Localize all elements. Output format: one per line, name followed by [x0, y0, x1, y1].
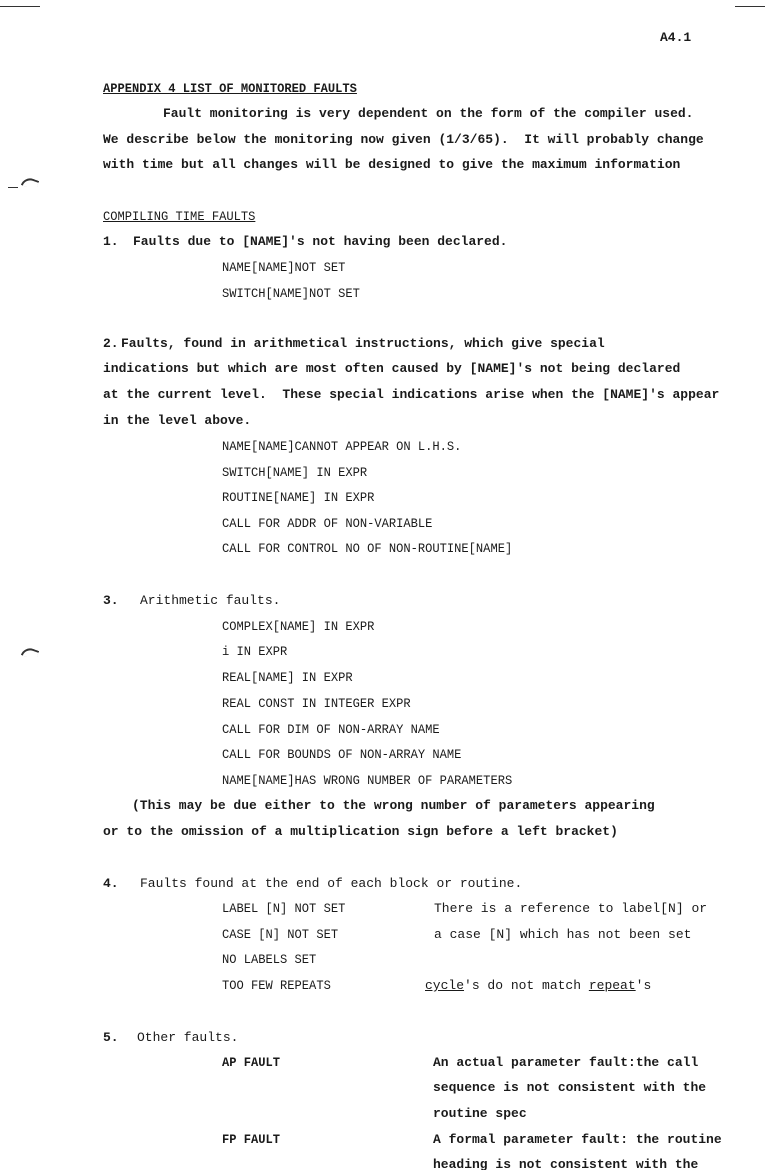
keyword-cycle: cycle [425, 978, 464, 993]
fault-explanation: There is a reference to label[N] or [434, 901, 707, 917]
group-number: 2. [103, 336, 119, 352]
group-description: Faults found at the end of each block or… [140, 876, 522, 892]
fault-message: TOO FEW REPEATS [222, 978, 331, 994]
fault-message: CALL FOR ADDR OF NON-VARIABLE [222, 516, 432, 532]
fault-message: NAME[NAME]CANNOT APPEAR ON L.H.S. [222, 439, 461, 455]
punch-hole-mark [21, 646, 39, 661]
fault-message: NAME[NAME]HAS WRONG NUMBER OF PARAMETERS [222, 773, 512, 789]
group-number: 3. [103, 593, 119, 609]
section-title: COMPILING TIME FAULTS [103, 209, 255, 225]
fault-message: COMPLEX[NAME] IN EXPR [222, 619, 374, 635]
group-description: indications but which are most often cau… [103, 361, 680, 377]
group-description: at the current level. These special indi… [103, 387, 719, 403]
group-number: 1. [103, 234, 119, 250]
fault-explanation: cycle's do not match repeat's [425, 978, 651, 994]
intro-line: with time but all changes will be design… [103, 157, 680, 173]
fault-message: NO LABELS SET [222, 952, 316, 968]
fault-message: SWITCH[NAME]NOT SET [222, 286, 360, 302]
group-description: Faults, found in arithmetical instructio… [121, 336, 605, 352]
fault-message: REAL[NAME] IN EXPR [222, 670, 353, 686]
fault-message: REAL CONST IN INTEGER EXPR [222, 696, 411, 712]
group-description: Faults due to [NAME]'s not having been d… [133, 234, 507, 250]
group-number: 4. [103, 876, 119, 892]
note-line: (This may be due either to the wrong num… [132, 798, 655, 814]
fault-message: SWITCH[NAME] IN EXPR [222, 465, 367, 481]
fault-message: AP FAULT [222, 1055, 280, 1071]
fault-message: ROUTINE[NAME] IN EXPR [222, 490, 374, 506]
intro-line: Fault monitoring is very dependent on th… [163, 106, 694, 122]
group-description: in the level above. [103, 413, 251, 429]
fault-message: i IN EXPR [222, 644, 287, 660]
fault-message: CASE [N] NOT SET [222, 927, 338, 943]
scan-edge-mark [735, 6, 765, 7]
fault-message: FP FAULT [222, 1132, 280, 1148]
fault-explanation: An actual parameter fault:the call [433, 1055, 698, 1071]
explanation-text: 's do not match [464, 978, 589, 993]
fault-explanation: a case [N] which has not been set [434, 927, 691, 943]
group-number: 5. [103, 1030, 119, 1046]
scan-edge-mark [8, 187, 18, 188]
fault-message: CALL FOR BOUNDS OF NON-ARRAY NAME [222, 747, 461, 763]
fault-explanation: heading is not consistent with the [433, 1157, 698, 1170]
scan-edge-mark [0, 6, 40, 7]
group-description: Arithmetic faults. [140, 593, 280, 609]
fault-message: NAME[NAME]NOT SET [222, 260, 345, 276]
document-page: A4.1 APPENDIX 4 LIST OF MONITORED FAULTS… [0, 0, 765, 1170]
fault-message: CALL FOR CONTROL NO OF NON-ROUTINE[NAME] [222, 541, 512, 557]
keyword-repeat: repeat [589, 978, 636, 993]
fault-explanation: A formal parameter fault: the routine [433, 1132, 722, 1148]
explanation-text: 's [636, 978, 652, 993]
fault-message: CALL FOR DIM OF NON-ARRAY NAME [222, 722, 440, 738]
group-description: Other faults. [137, 1030, 238, 1046]
page-number: A4.1 [660, 30, 691, 46]
note-line: or to the omission of a multiplication s… [103, 824, 618, 840]
punch-hole-mark [21, 176, 39, 191]
appendix-heading: APPENDIX 4 LIST OF MONITORED FAULTS [103, 81, 357, 97]
fault-explanation: routine spec [433, 1106, 527, 1122]
intro-line: We describe below the monitoring now giv… [103, 132, 704, 148]
fault-explanation: sequence is not consistent with the [433, 1080, 706, 1096]
fault-message: LABEL [N] NOT SET [222, 901, 345, 917]
